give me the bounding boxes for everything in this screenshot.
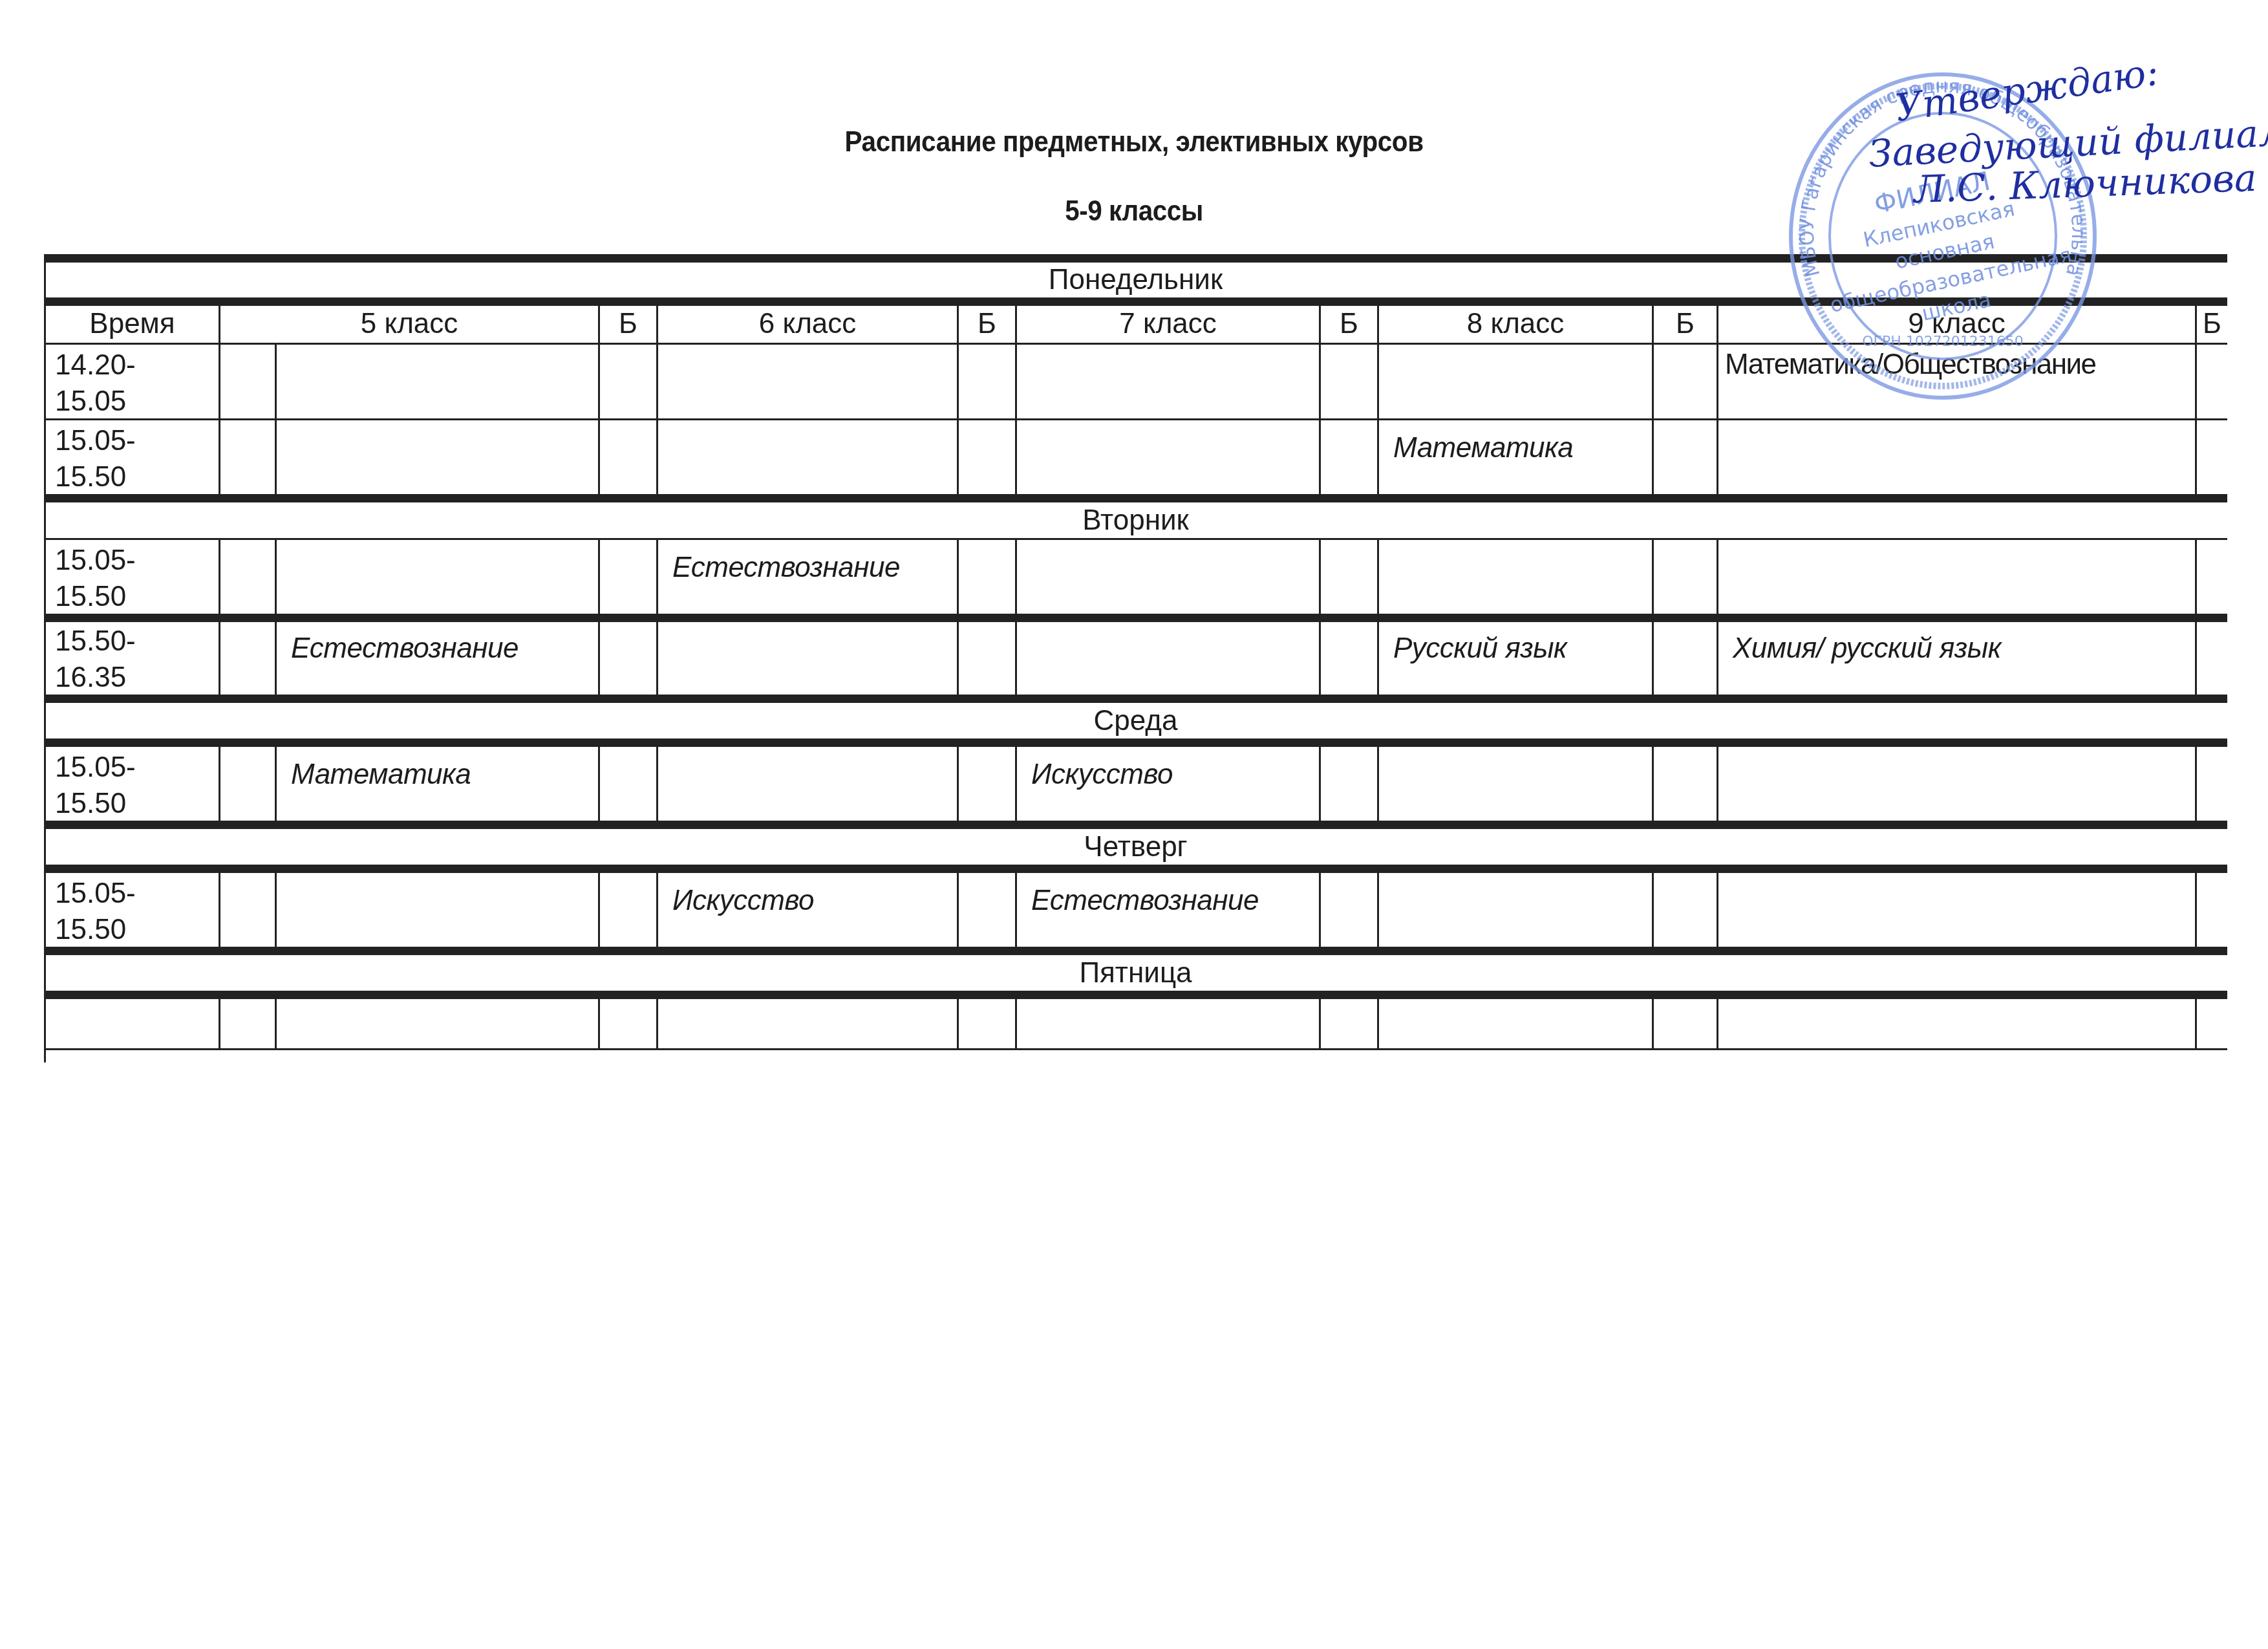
header-b6: Б [957, 306, 1015, 343]
subject-grade5: Математика [275, 747, 598, 821]
table-row [44, 999, 2227, 1048]
subject-grade7 [1015, 420, 1319, 494]
day-header-0: Понедельник [44, 262, 2227, 297]
header-grade8: 8 класс [1377, 306, 1652, 343]
header-grade7: 7 класс [1015, 306, 1319, 343]
b-cell [598, 345, 656, 418]
b-cell [1319, 621, 1377, 695]
document-subtitle: 5-9 классы [91, 195, 2177, 228]
b-cell [957, 621, 1015, 695]
b-cell [1652, 420, 1717, 494]
table-row: 14.20- 15.05Математика/Обществознание [44, 345, 2227, 418]
b-cell [1652, 540, 1717, 614]
empty-cell [219, 999, 275, 1048]
time-slot: 15.05- 15.50 [44, 420, 219, 494]
table-row: 15.05- 15.50ИскусствоЕстествознание [44, 873, 2227, 947]
b-cell [2195, 345, 2227, 418]
subject-grade7 [1015, 345, 1319, 418]
b-cell [1319, 873, 1377, 947]
subject-grade9 [1717, 873, 2195, 947]
day-header-2: Среда [44, 703, 2227, 738]
subject-grade9 [1717, 747, 2195, 821]
empty-cell [219, 540, 275, 614]
day-header-3: Четверг [44, 829, 2227, 865]
subject-grade9: Математика/Обществознание [1717, 345, 2195, 418]
b-cell [957, 345, 1015, 418]
subject-grade6 [656, 747, 957, 821]
b-cell [2195, 873, 2227, 947]
b-cell [598, 420, 656, 494]
empty-cell [219, 420, 275, 494]
empty-cell [219, 747, 275, 821]
table-row: 15.05- 15.50МатематикаИскусство [44, 747, 2227, 821]
header-b9: Б [2195, 306, 2227, 343]
b-cell [1652, 747, 1717, 821]
time-slot: 15.50- 16.35 [44, 621, 219, 695]
subject-grade8 [1377, 873, 1652, 947]
b-cell [957, 747, 1015, 821]
subject-grade8: Математика [1377, 420, 1652, 494]
b-cell [957, 873, 1015, 947]
empty-cell [219, 621, 275, 695]
subject-grade7: Естествознание [1015, 873, 1319, 947]
subject-grade5 [275, 873, 598, 947]
table-row: 15.05- 15.50Естествознание [44, 540, 2227, 614]
empty-cell [219, 873, 275, 947]
subject-grade6 [656, 999, 957, 1048]
b-cell [2195, 999, 2227, 1048]
subject-grade7 [1015, 999, 1319, 1048]
time-slot: 15.05- 15.50 [44, 747, 219, 821]
b-cell [1319, 345, 1377, 418]
header-b5: Б [598, 306, 656, 343]
column-header-row: Время5 классБ6 классБ7 классБ8 классБ9 к… [44, 306, 2227, 343]
subject-grade8 [1377, 747, 1652, 821]
svg-text:МБОУ Гагаринская средняя общео: МБОУ Гагаринская средняя общеобразовател… [1781, 61, 2090, 279]
subject-grade7 [1015, 621, 1319, 695]
b-cell [598, 873, 656, 947]
subject-grade5 [275, 540, 598, 614]
b-cell [1652, 999, 1717, 1048]
b-cell [1319, 747, 1377, 821]
time-slot: 15.05- 15.50 [44, 540, 219, 614]
subject-grade8: Русский язык [1377, 621, 1652, 695]
header-grade9: 9 класс [1717, 306, 2195, 343]
b-cell [1652, 621, 1717, 695]
b-cell [1319, 420, 1377, 494]
subject-grade8 [1377, 999, 1652, 1048]
time-slot [44, 999, 219, 1048]
subject-grade6: Естествознание [656, 540, 957, 614]
day-header-4: Пятница [44, 955, 2227, 991]
subject-grade9: Химия/ русский язык [1717, 621, 2195, 695]
header-grade5: 5 класс [219, 306, 598, 343]
b-cell [957, 420, 1015, 494]
b-cell [598, 999, 656, 1048]
table-rule [44, 695, 2227, 703]
subject-grade7: Искусство [1015, 747, 1319, 821]
b-cell [1652, 345, 1717, 418]
table-rule [44, 865, 2227, 873]
b-cell [1652, 873, 1717, 947]
subject-grade5: Естествознание [275, 621, 598, 695]
table-rule [44, 297, 2227, 306]
subject-grade5 [275, 420, 598, 494]
b-cell [957, 540, 1015, 614]
b-cell [957, 999, 1015, 1048]
empty-cell [219, 345, 275, 418]
subject-grade9 [1717, 999, 2195, 1048]
table-row: 15.05- 15.50Математика [44, 420, 2227, 494]
header-time: Время [44, 306, 219, 343]
b-cell [2195, 540, 2227, 614]
b-cell [598, 621, 656, 695]
subject-grade9 [1717, 420, 2195, 494]
time-slot: 14.20- 15.05 [44, 345, 219, 418]
subject-grade6 [656, 345, 957, 418]
header-b8: Б [1652, 306, 1717, 343]
b-cell [2195, 621, 2227, 695]
table-rule [44, 1048, 2227, 1050]
subject-grade5 [275, 999, 598, 1048]
b-cell [598, 747, 656, 821]
subject-grade6 [656, 420, 957, 494]
table-rule [44, 991, 2227, 999]
b-cell [1319, 999, 1377, 1048]
subject-grade8 [1377, 540, 1652, 614]
document-title: Расписание предметных, элективных курсов [91, 126, 2177, 158]
header-grade6: 6 класс [656, 306, 957, 343]
b-cell [2195, 747, 2227, 821]
subject-grade5 [275, 345, 598, 418]
table-rule [44, 738, 2227, 747]
table-rule [44, 947, 2227, 955]
table-rule [44, 821, 2227, 829]
header-b7: Б [1319, 306, 1377, 343]
time-slot: 15.05- 15.50 [44, 873, 219, 947]
day-header-1: Вторник [44, 502, 2227, 538]
subject-grade6: Искусство [656, 873, 957, 947]
subject-grade6 [656, 621, 957, 695]
table-row: 15.50- 16.35ЕстествознаниеРусский языкХи… [44, 621, 2227, 695]
subject-grade9 [1717, 540, 2195, 614]
b-cell [2195, 420, 2227, 494]
approval-line-1: Утверждаю: [1892, 50, 2161, 130]
b-cell [1319, 540, 1377, 614]
subject-grade8 [1377, 345, 1652, 418]
b-cell [598, 540, 656, 614]
table-rule [44, 494, 2227, 502]
subject-grade7 [1015, 540, 1319, 614]
